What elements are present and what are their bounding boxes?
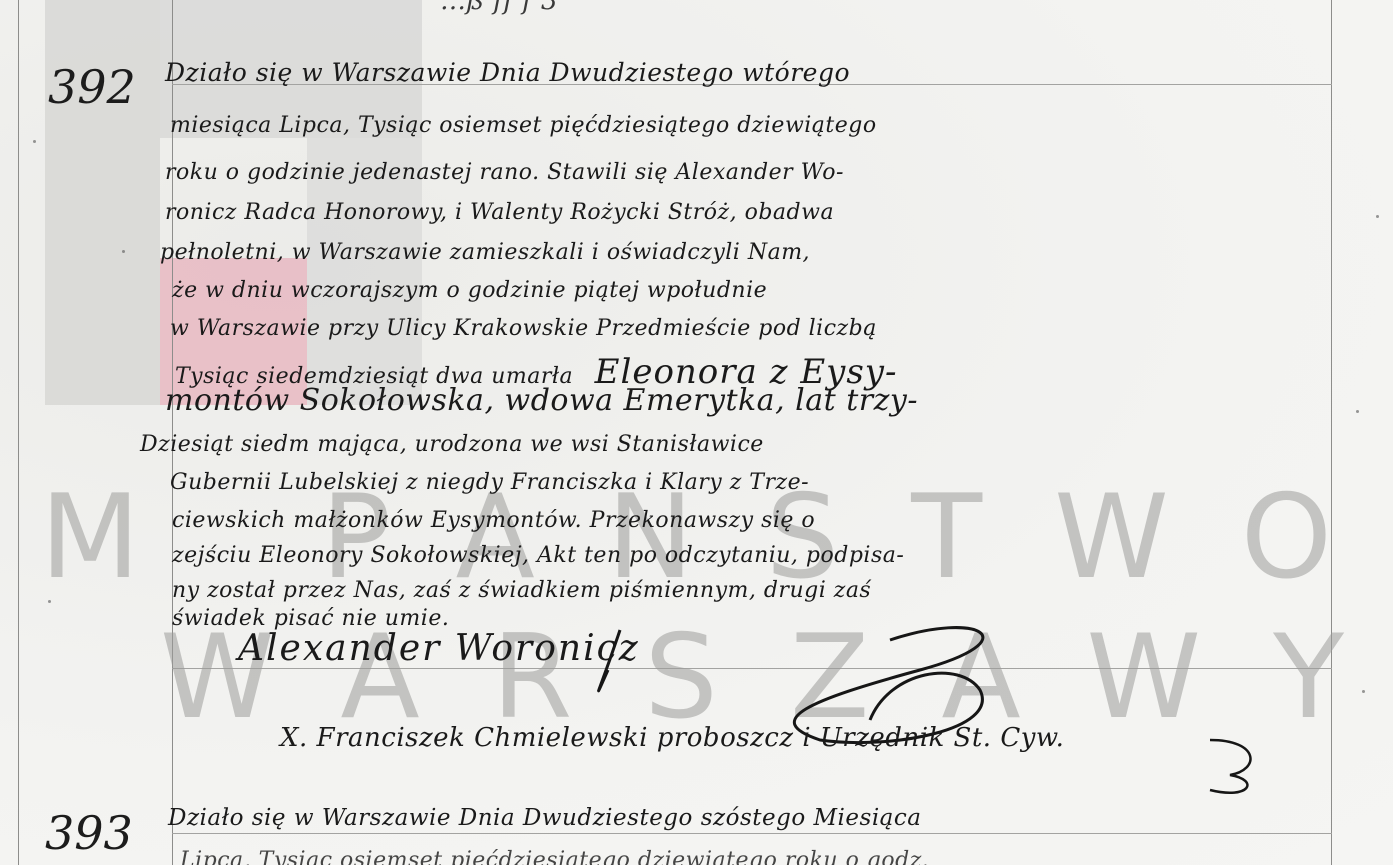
scanned-page: M PANSTWOWE WARSZAWY …ß ff f 3 392 Dział… <box>0 0 1393 865</box>
official-flourish <box>1180 730 1280 800</box>
entry-392-line-13: zejściu Eleonory Sokołowskiej, Akt ten p… <box>172 543 904 568</box>
entry-392-line-12: ciewskich małżonków Eysymontów. Przekona… <box>172 508 815 533</box>
entry-393-line-2: Lipca, Tysiąc osiemset pięćdziesiątego d… <box>180 848 929 865</box>
scan-speck <box>122 250 125 253</box>
entry-392-line-2: miesiąca Lipca, Tysiąc osiemset pięćdzie… <box>170 113 877 138</box>
official-signature: X. Franciszek Chmielewski proboszcz i Ur… <box>280 723 1064 753</box>
entry-392-line-3: roku o godzinie jedenastej rano. Stawili… <box>165 160 844 185</box>
entry-392-line-6: że w dniu wczorajszym o godzinie piątej … <box>172 278 767 303</box>
entry-393-line-1: Działo się w Warszawie Dnia Dwudziestego… <box>168 805 921 831</box>
entry-392-line-4: ronicz Radca Honorowy, i Walenty Rożycki… <box>165 200 834 225</box>
scan-speck <box>1356 410 1359 413</box>
scan-speck <box>33 140 36 143</box>
entry-392-line-11: Gubernii Lubelskiej z niegdy Franciszka … <box>170 470 809 495</box>
margin-rule-outer <box>18 0 19 865</box>
entry-392-line-1: Działo się w Warszawie Dnia Dwudziestego… <box>165 58 850 87</box>
entry-number-393: 393 <box>45 806 133 860</box>
entry-392-line-5: pełnoletni, w Warszawie zamieszkali i oś… <box>160 240 810 265</box>
entry-392-line-7: w Warszawie przy Ulicy Krakowskie Przedm… <box>170 316 877 341</box>
entry-392-line-10: Dziesiąt siedm mająca, urodzona we wsi S… <box>140 432 764 457</box>
entry-392-line-9: montów Sokołowska, wdowa Emerytka, lat t… <box>165 383 918 418</box>
entry-number-392: 392 <box>48 60 136 114</box>
header-underline-393 <box>172 833 1332 834</box>
scan-speck <box>1376 215 1379 218</box>
scan-speck <box>1362 690 1365 693</box>
scan-speck <box>48 600 51 603</box>
previous-entry-fragment: …ß ff f 3 <box>440 0 558 16</box>
